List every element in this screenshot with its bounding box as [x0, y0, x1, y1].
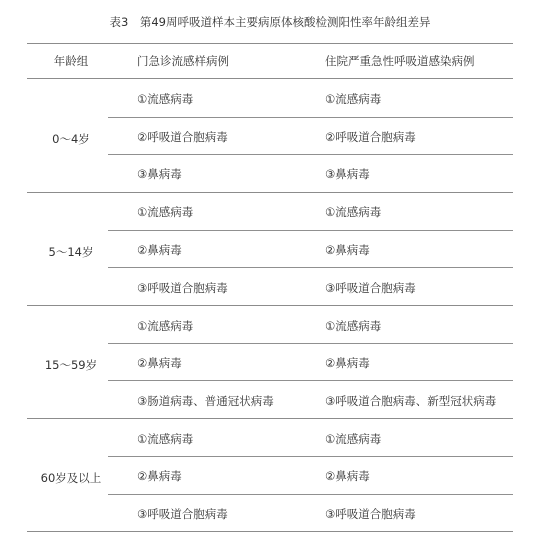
row-divider — [108, 117, 513, 118]
outpatient-cell: ①流感病毒 — [137, 91, 193, 107]
inpatient-cell: ③呼吸道合胞病毒、新型冠状病毒 — [325, 393, 496, 409]
outpatient-cell: ③呼吸道合胞病毒 — [137, 506, 228, 522]
group-divider — [27, 192, 513, 193]
inpatient-cell: ②鼻病毒 — [325, 355, 370, 371]
age-group-label: 0～4岁 — [27, 131, 115, 147]
outpatient-cell: ②鼻病毒 — [137, 468, 182, 484]
outpatient-cell: ①流感病毒 — [137, 431, 193, 447]
age-group-label: 5～14岁 — [27, 244, 115, 260]
outpatient-cell: ③呼吸道合胞病毒 — [137, 280, 228, 296]
row-divider — [108, 343, 513, 344]
age-group-label: 15～59岁 — [27, 357, 115, 373]
inpatient-cell: ①流感病毒 — [325, 318, 381, 334]
inpatient-cell: ①流感病毒 — [325, 91, 381, 107]
row-divider — [108, 230, 513, 231]
inpatient-cell: ②鼻病毒 — [325, 242, 370, 258]
table-title: 表3 第49周呼吸道样本主要病原体核酸检测阳性率年龄组差异 — [0, 12, 513, 32]
header-age-group: 年龄组 — [27, 53, 115, 69]
inpatient-cell: ②鼻病毒 — [325, 468, 370, 484]
row-divider — [108, 456, 513, 457]
row-divider — [108, 154, 513, 155]
row-divider — [108, 380, 513, 381]
inpatient-cell: ③呼吸道合胞病毒 — [325, 280, 416, 296]
inpatient-cell: ①流感病毒 — [325, 204, 381, 220]
outpatient-cell: ①流感病毒 — [137, 204, 193, 220]
group-divider — [27, 305, 513, 306]
header-bottom-rule — [27, 78, 513, 79]
outpatient-cell: ③肠道病毒、普通冠状病毒 — [137, 393, 274, 409]
outpatient-cell: ③鼻病毒 — [137, 166, 182, 182]
inpatient-cell: ③呼吸道合胞病毒 — [325, 506, 416, 522]
inpatient-cell: ③鼻病毒 — [325, 166, 370, 182]
row-divider — [108, 494, 513, 495]
outpatient-cell: ②鼻病毒 — [137, 242, 182, 258]
inpatient-cell: ①流感病毒 — [325, 431, 381, 447]
outpatient-cell: ②鼻病毒 — [137, 355, 182, 371]
table-bottom-rule — [27, 531, 513, 532]
row-divider — [108, 267, 513, 268]
outpatient-cell: ①流感病毒 — [137, 318, 193, 334]
header-outpatient: 门急诊流感样病例 — [137, 53, 229, 69]
age-group-label: 60岁及以上 — [27, 470, 115, 486]
header-inpatient: 住院严重急性呼吸道感染病例 — [325, 53, 475, 69]
outpatient-cell: ②呼吸道合胞病毒 — [137, 129, 228, 145]
group-divider — [27, 418, 513, 419]
inpatient-cell: ②呼吸道合胞病毒 — [325, 129, 416, 145]
table-top-rule — [27, 43, 513, 44]
